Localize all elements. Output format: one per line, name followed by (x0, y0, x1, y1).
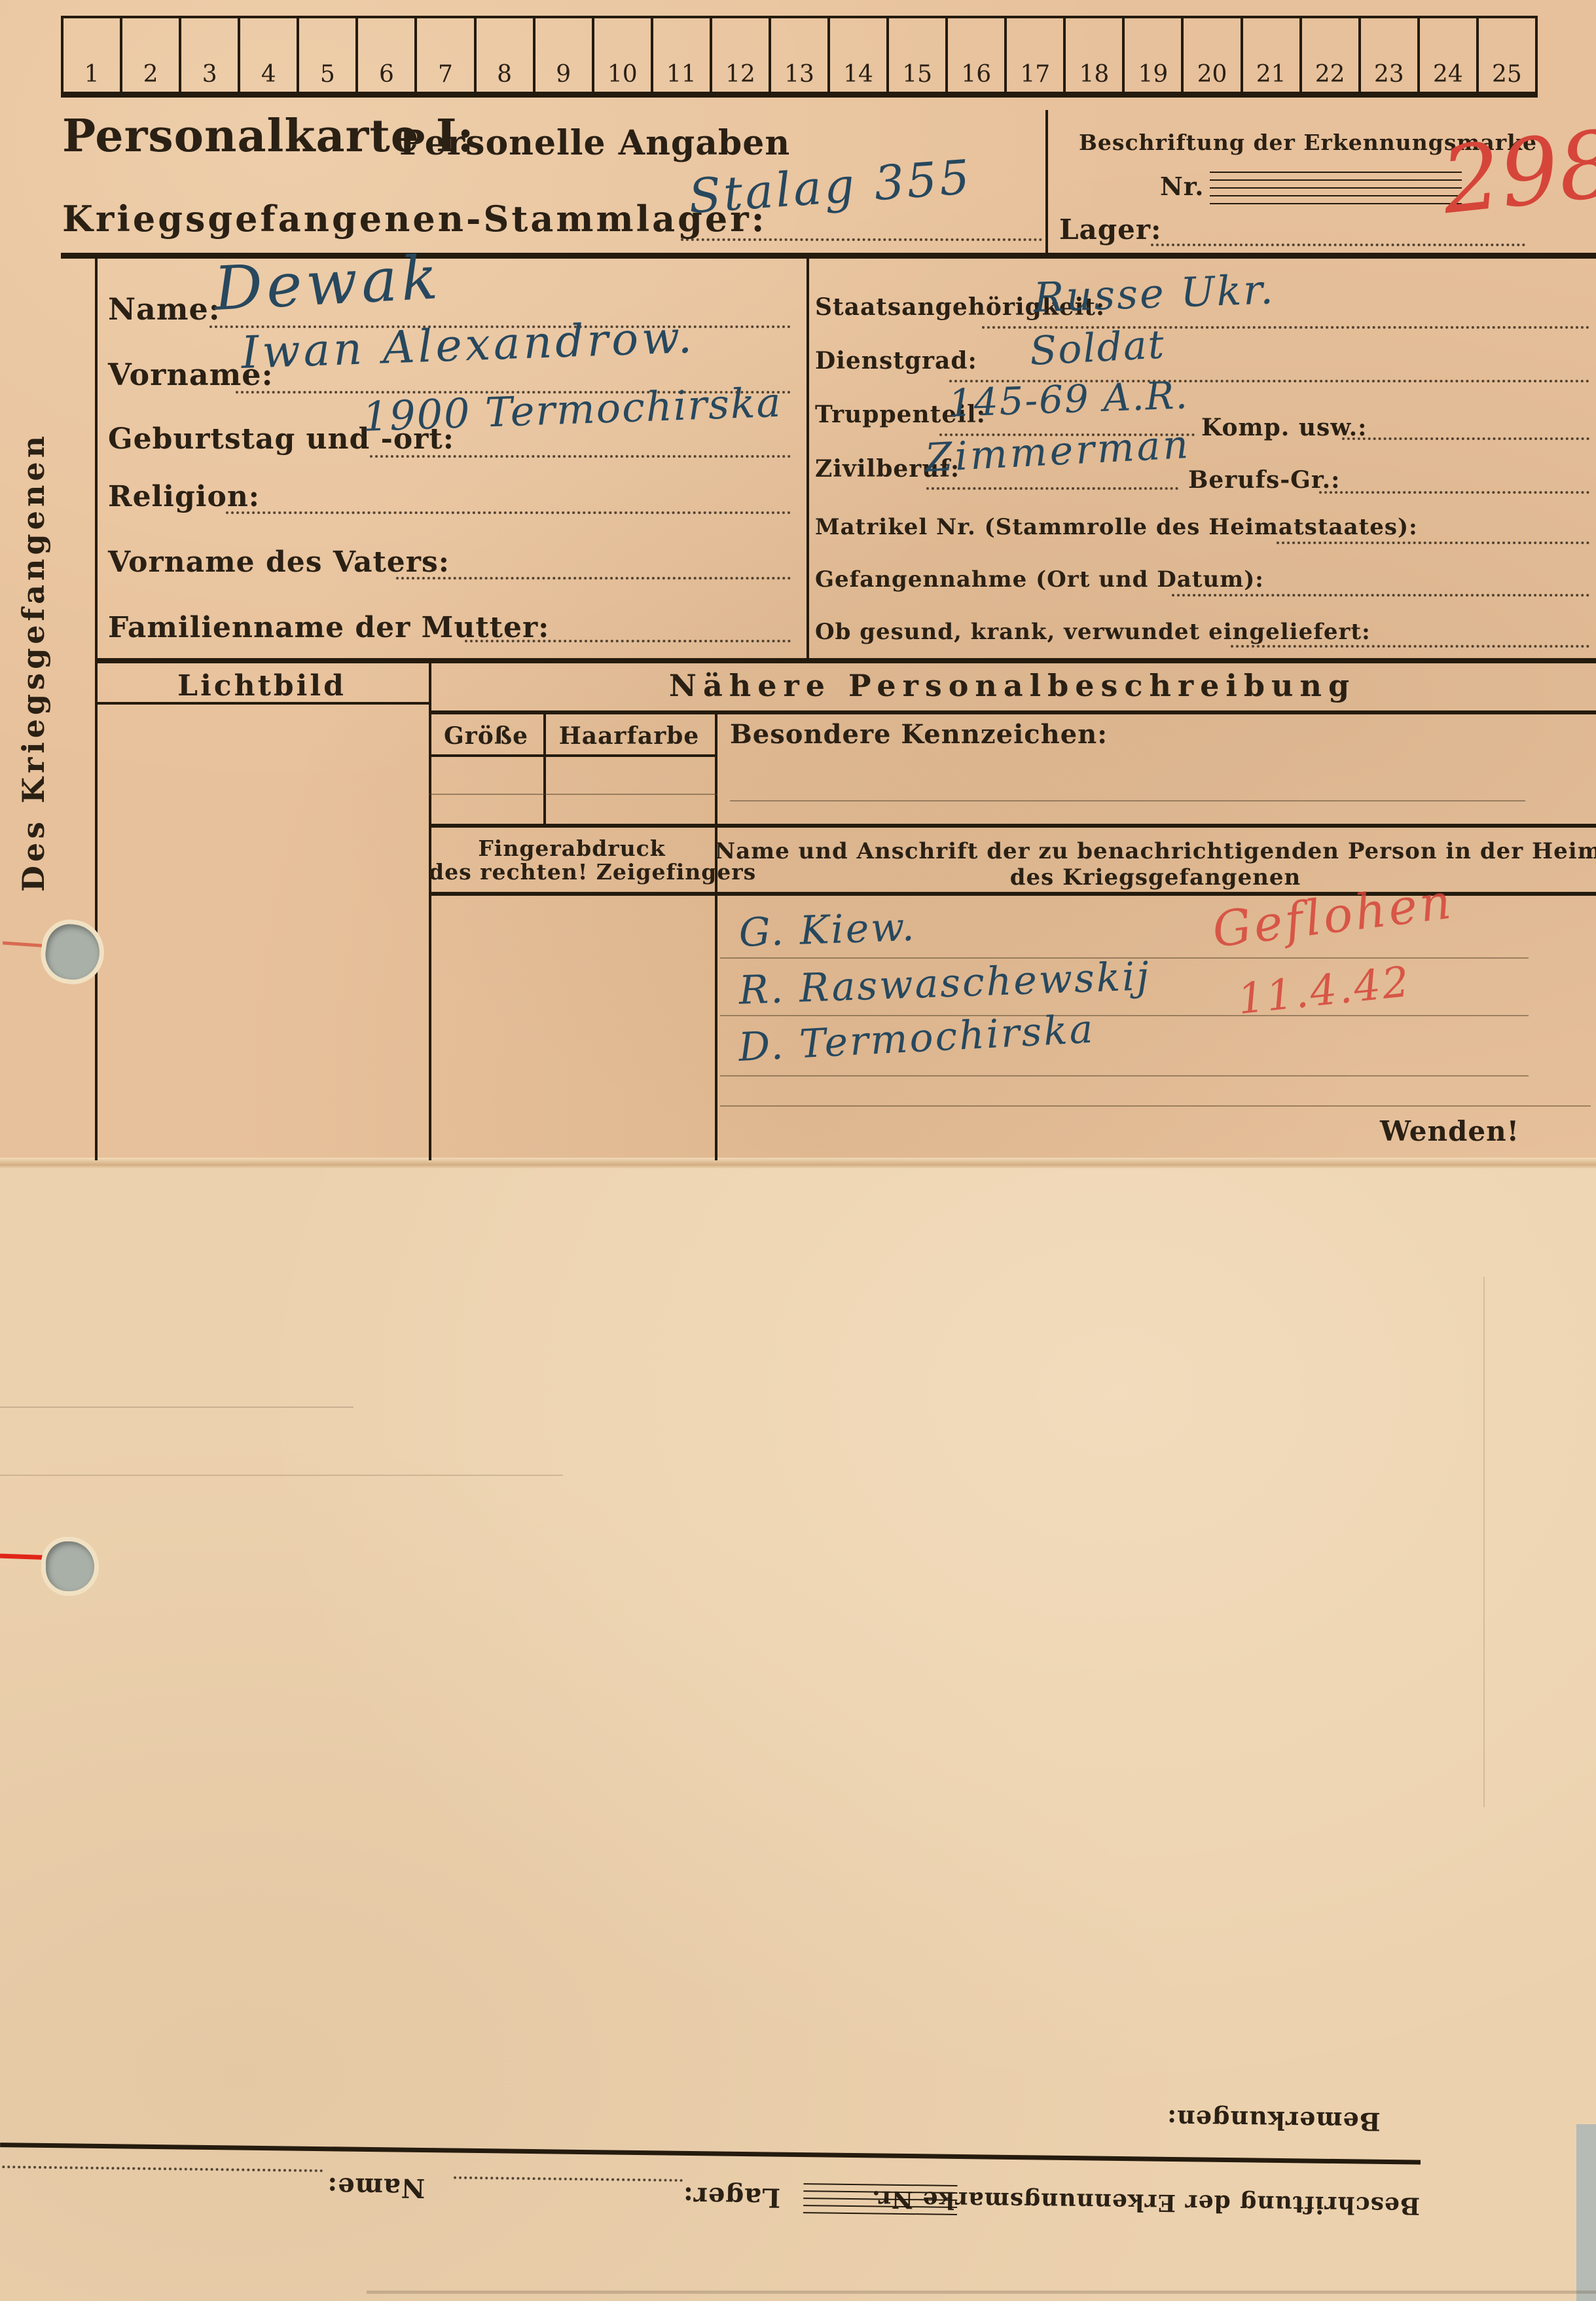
punch-hole-bottom (46, 1541, 94, 1591)
ruler-cell: 20 (1184, 18, 1242, 92)
camp-dotted-line (681, 238, 1042, 241)
margin-ruler: 1 2 3 4 5 6 7 8 9 10 11 12 13 14 15 16 1… (61, 16, 1538, 98)
ruler-number: 11 (666, 61, 697, 92)
field-berufsgr-dotted (1319, 491, 1589, 494)
crease-mark (0, 1407, 354, 1408)
idbox-lager-dotted (1151, 244, 1525, 246)
address-rule-4 (720, 1105, 1591, 1107)
crease-mark-vertical (1483, 1277, 1485, 1807)
ruler-number: 17 (1020, 61, 1050, 92)
paper-bottom-edge (367, 2291, 1596, 2294)
notify-label-line1: Name und Anschrift der zu benachrichtige… (715, 838, 1596, 864)
field-religion-dotted (226, 511, 791, 514)
field-name-label: Name: (108, 291, 221, 327)
ruler-cell: 15 (889, 18, 948, 92)
fingerprint-top-rule (429, 824, 1596, 828)
description-title: Nähere Personalbeschreibung (429, 668, 1596, 703)
ruler-cell: 11 (653, 18, 712, 92)
field-matrikel-label: Matrikel Nr. (Stammrolle des Heimatstaat… (815, 514, 1418, 540)
red-number-handwriting: 298 (1437, 111, 1596, 235)
ruler-cell: 25 (1479, 18, 1538, 92)
ruler-number: 14 (843, 61, 873, 92)
ruler-cell: 4 (240, 18, 299, 92)
ruler-number: 8 (497, 61, 512, 92)
field-vater-label: Vorname des Vaters: (108, 545, 450, 579)
turn-over-note: Wenden! (1380, 1115, 1519, 1147)
ruler-number: 13 (784, 61, 814, 92)
ruler-cell: 21 (1243, 18, 1302, 92)
rotated-back-header: Bemerkungen: Beschriftung der Erkennungs… (0, 2065, 1596, 2249)
camp-label: Kriegsgefangenen-Stammlager: (62, 198, 767, 240)
photo-box-underline (95, 702, 431, 705)
ruler-number: 21 (1256, 61, 1286, 92)
ruler-number: 1 (84, 61, 100, 92)
ruler-cell: 24 (1420, 18, 1479, 92)
ruler-cell: 23 (1361, 18, 1420, 92)
notify-label-line2: des Kriegsgefangenen (715, 864, 1596, 891)
ruler-number: 25 (1492, 61, 1522, 92)
ruler-cell: 8 (477, 18, 535, 92)
pow-card-scan: 1 2 3 4 5 6 7 8 9 10 11 12 13 14 15 16 1… (0, 0, 1596, 2301)
ruler-cell: 5 (299, 18, 358, 92)
scanner-edge-strip (1576, 2124, 1596, 2301)
field-column-divider (807, 259, 809, 659)
back-remarks-label: Bemerkungen: (1167, 2105, 1381, 2137)
description-title-rule (429, 710, 1596, 714)
back-lager-label: Lager: (683, 2181, 781, 2213)
ruler-number: 15 (902, 61, 932, 92)
size-hair-faint-line (429, 794, 717, 795)
ruler-number: 5 (320, 61, 335, 92)
field-geburtstag-dotted (370, 455, 791, 458)
ruler-cell: 19 (1125, 18, 1184, 92)
ruler-number: 10 (608, 61, 638, 92)
col-marks-header: Besondere Kennzeichen: (730, 719, 1108, 750)
field-berufsgr-label: Berufs-Gr.: (1188, 466, 1340, 494)
ruler-cell: 16 (948, 18, 1007, 92)
sidebar-vertical-label: Des Kriegsgefangenen (16, 486, 51, 892)
address-rule-3 (720, 1075, 1529, 1077)
field-gesund-dotted (1231, 645, 1589, 648)
field-gefangennahme-label: Gefangennahme (Ort und Datum): (815, 566, 1264, 593)
photo-box-label: Lichtbild (95, 669, 429, 703)
ruler-cell: 3 (181, 18, 240, 92)
ruler-cell: 13 (771, 18, 830, 92)
ruler-number: 22 (1315, 61, 1345, 92)
field-zivilberuf-dotted (926, 487, 1178, 490)
field-staat-value: Russe Ukr. (1032, 265, 1275, 322)
ruler-number: 9 (556, 61, 571, 92)
ruler-number: 20 (1197, 61, 1227, 92)
card-subtitle: Personelle Angaben (399, 123, 790, 163)
field-matrikel-dotted (1277, 542, 1589, 544)
ruler-number: 3 (202, 61, 217, 92)
field-dienstgrad-label: Dienstgrad: (815, 347, 977, 375)
section-rule (95, 658, 1596, 663)
crease-mark (0, 1475, 563, 1476)
field-komp-dotted (1342, 437, 1589, 440)
idbox-lager-label: Lager: (1059, 213, 1161, 246)
field-gesund-label: Ob gesund, krank, verwundet eingeliefert… (815, 619, 1371, 645)
back-lager-dotted (454, 2177, 683, 2182)
card-left-border (95, 259, 98, 1160)
fold-crease (0, 1158, 1596, 1168)
back-name-dotted (2, 2165, 323, 2172)
ruler-cell: 14 (830, 18, 889, 92)
back-header-rule (0, 2143, 1421, 2165)
ruler-cell: 22 (1302, 18, 1361, 92)
ruler-cell: 9 (535, 18, 594, 92)
ruler-number: 7 (438, 61, 453, 92)
field-dienstgrad-value: Soldat (1028, 322, 1166, 375)
ruler-cell: 2 (122, 18, 181, 92)
ruler-cell: 7 (417, 18, 476, 92)
fingerprint-label-line2: des rechten! Zeigefingers (429, 859, 715, 885)
address-line-1: G. Kiew. (738, 904, 917, 956)
col-hair-header: Haarfarbe (543, 722, 715, 750)
ruler-number: 19 (1138, 61, 1169, 92)
ruler-number: 16 (961, 61, 991, 92)
idbox-left-border (1045, 110, 1048, 255)
ruler-number: 23 (1374, 61, 1404, 92)
ruler-cell: 6 (358, 18, 417, 92)
ruler-cell: 1 (63, 18, 122, 92)
field-vater-dotted (396, 577, 791, 580)
address-rule-2 (720, 1015, 1529, 1016)
field-mutter-dotted (465, 640, 791, 642)
field-gefangennahme-dotted (1172, 594, 1589, 597)
ruler-cell: 10 (594, 18, 653, 92)
ruler-number: 24 (1433, 61, 1463, 92)
ruler-number: 2 (143, 61, 158, 92)
ruler-number: 18 (1079, 61, 1109, 92)
ruler-cell: 17 (1007, 18, 1066, 92)
ruler-cell: 12 (712, 18, 771, 92)
ruler-number: 12 (725, 61, 755, 92)
fingerprint-label-line1: Fingerabdruck (429, 836, 715, 861)
hair-marks-divider (715, 714, 717, 1160)
field-name-value: Dewak (212, 242, 443, 324)
ruler-cell: 18 (1066, 18, 1125, 92)
back-name-label: Name: (327, 2171, 426, 2203)
marks-faint-line (730, 800, 1525, 801)
idbox-nr-label: Nr. (1160, 172, 1205, 201)
ruler-number: 6 (379, 61, 394, 92)
size-hair-underline (429, 754, 717, 757)
field-truppenteil-value: 145-69 A.R. (948, 373, 1189, 426)
col-size-header: Größe (429, 722, 543, 750)
field-religion-label: Religion: (108, 480, 260, 513)
ruler-number: 4 (261, 61, 276, 92)
